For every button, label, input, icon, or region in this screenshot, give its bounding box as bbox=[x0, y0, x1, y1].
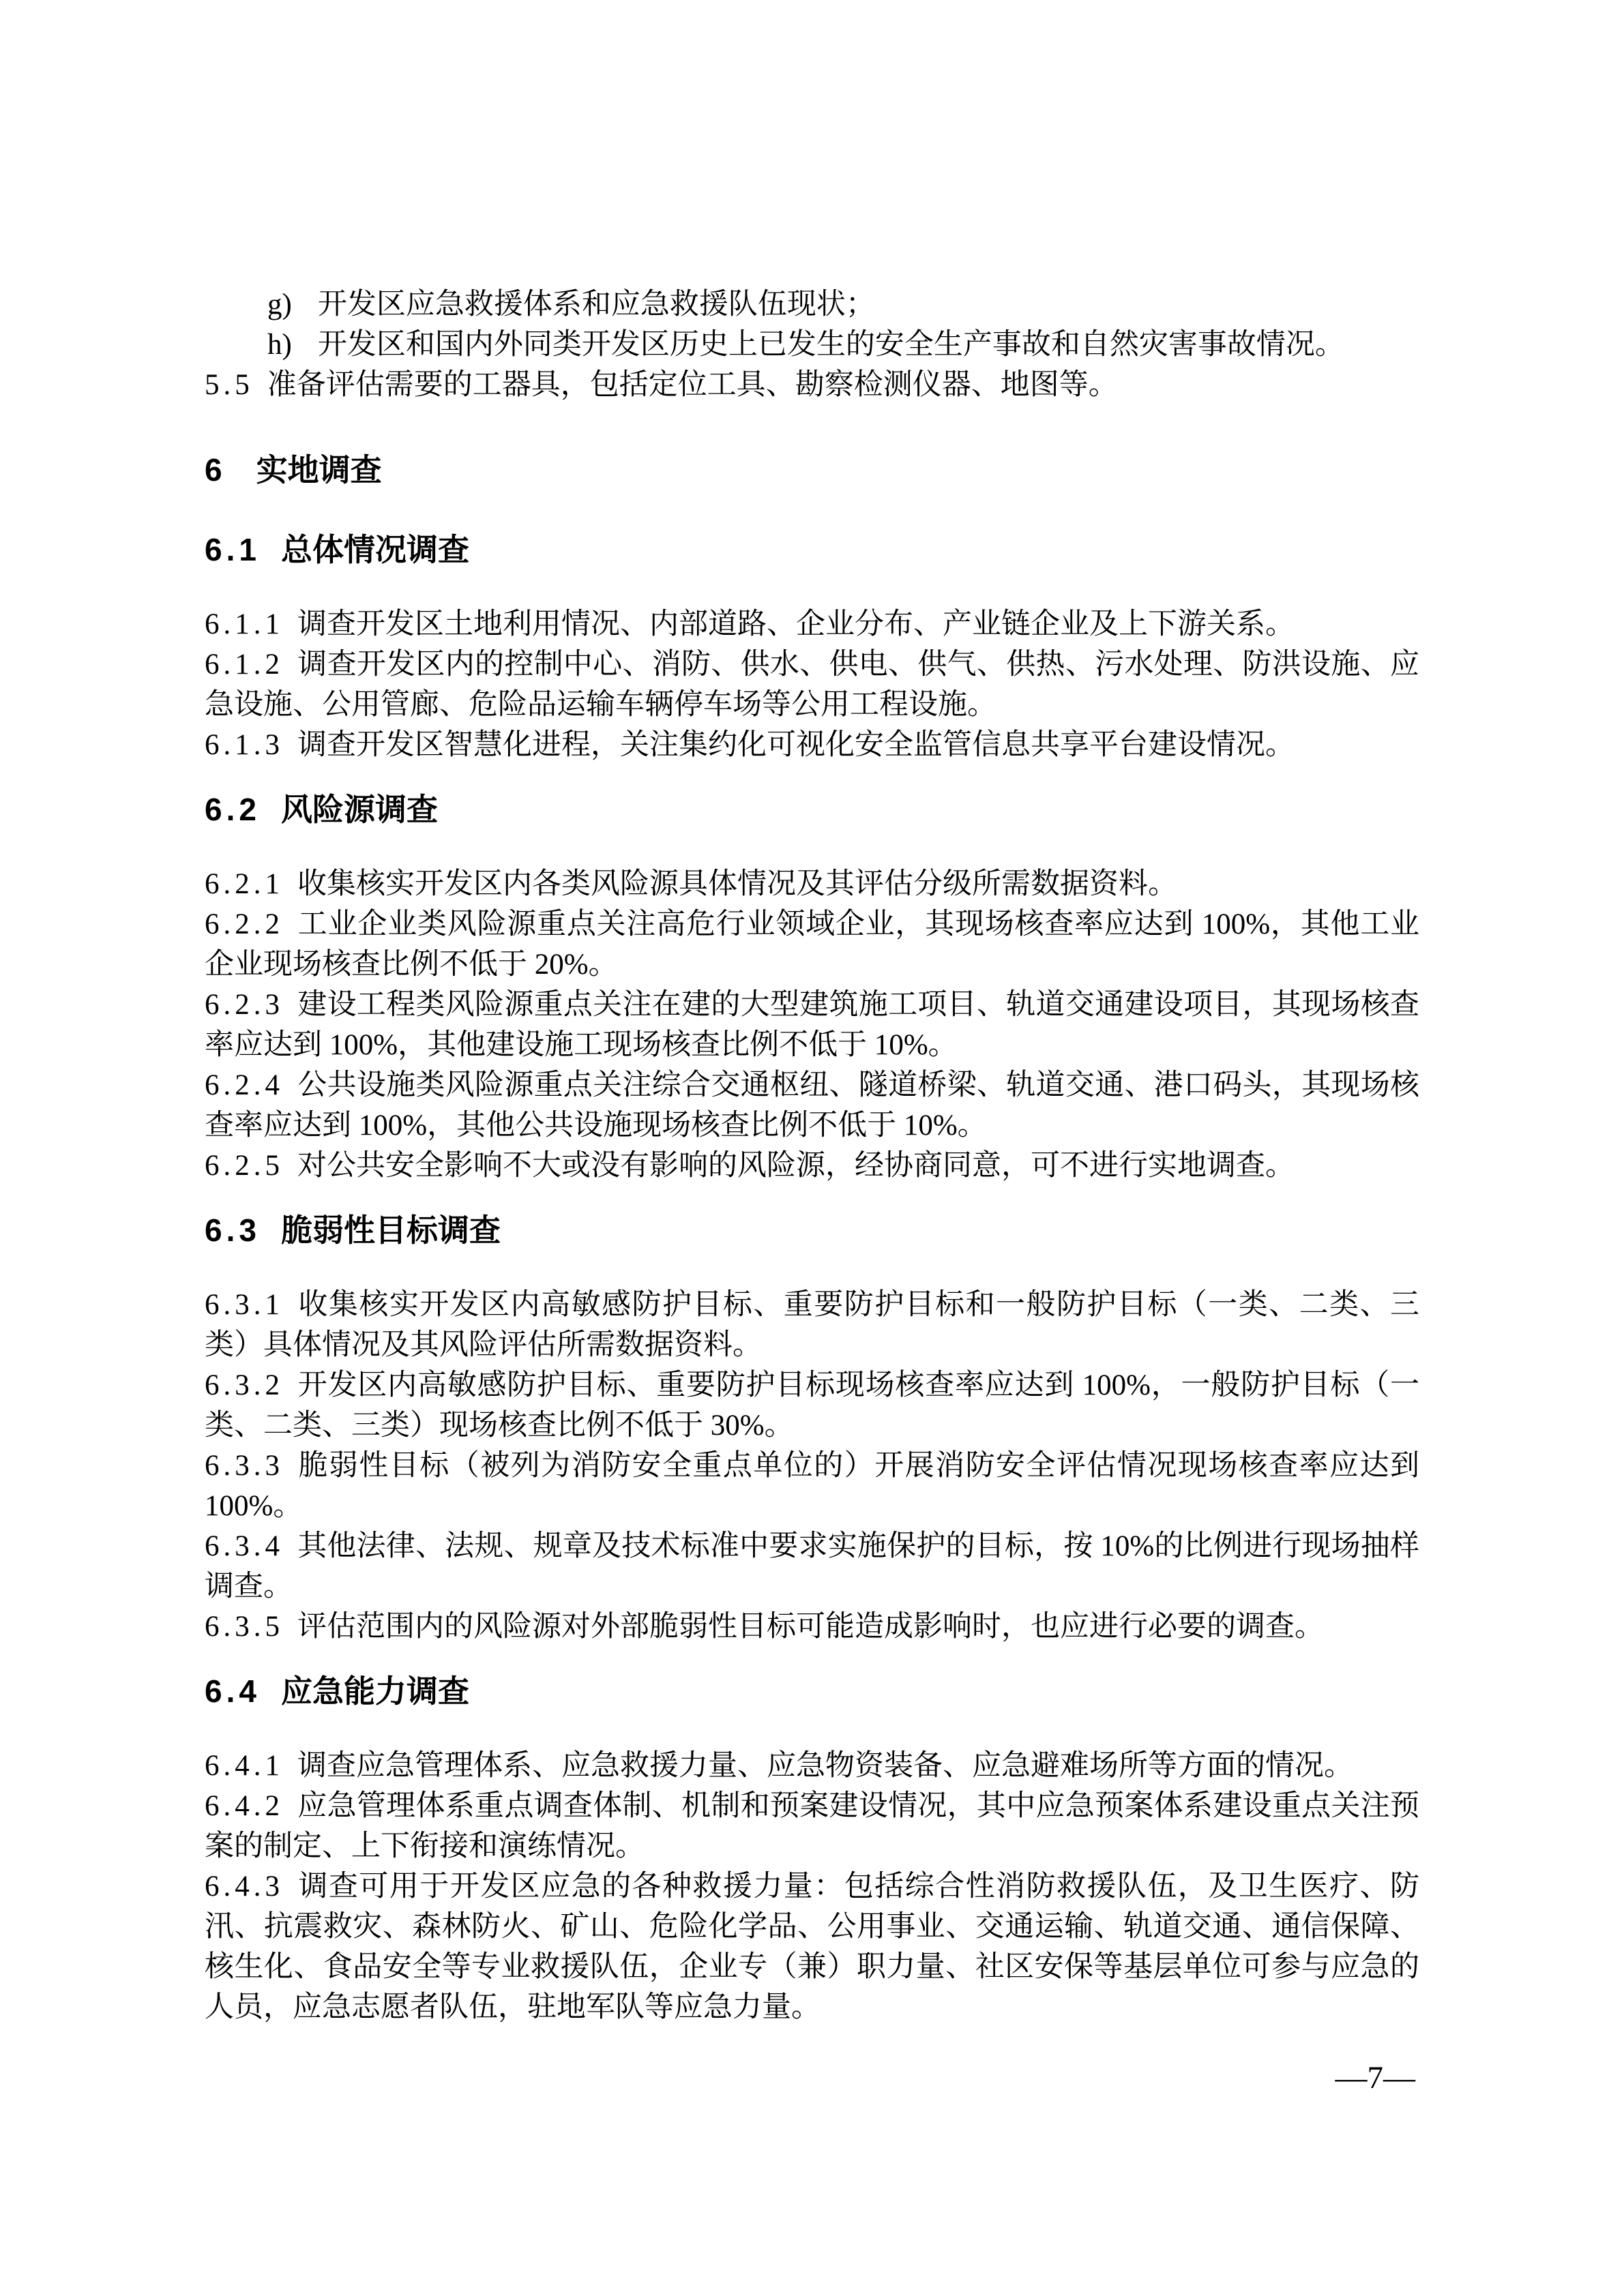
heading-number: 6.1 bbox=[205, 532, 261, 567]
clause-number: 6.1.3 bbox=[205, 729, 284, 761]
document-page: { "page": { "background": "#ffffff", "te… bbox=[0, 0, 1624, 2296]
clause-number: 5.5 bbox=[205, 369, 254, 401]
heading-number: 6 bbox=[205, 452, 226, 488]
list-item-label: h) bbox=[267, 329, 292, 361]
clause-text: 调查开发区内的控制中心、消防、供水、供电、供气、供热、污水处理、防洪设施、应急设… bbox=[205, 648, 1419, 721]
heading-title: 应急能力调查 bbox=[281, 1673, 469, 1709]
clause-number: 6.4.3 bbox=[205, 1870, 284, 1903]
clause-number: 6.2.3 bbox=[205, 989, 284, 1021]
heading-6-1: 6.1总体情况调查 bbox=[205, 530, 1419, 570]
clause-number: 6.1.1 bbox=[205, 608, 284, 640]
clause-6-1-2: 6.1.2调查开发区内的控制中心、消防、供水、供电、供气、供热、污水处理、防洪设… bbox=[205, 644, 1419, 725]
clause-text: 工业企业类风险源重点关注高危行业领域企业，其现场核查率应达到 100%，其他工业… bbox=[205, 908, 1419, 981]
clause-text: 收集核实开发区内高敏感防护目标、重要防护目标和一般防护目标（一类、二类、三类）具… bbox=[205, 1289, 1419, 1361]
heading-6-3: 6.3脆弱性目标调查 bbox=[205, 1210, 1419, 1251]
clause-6-3-4: 6.3.4其他法律、法规、规章及技术标准中要求实施保护的目标，按 10%的比例进… bbox=[205, 1526, 1419, 1607]
list-item-text: 开发区应急救援体系和应急救援队伍现状； bbox=[318, 288, 875, 320]
clause-number: 6.3.1 bbox=[205, 1289, 284, 1321]
heading-6-2: 6.2风险源调查 bbox=[205, 790, 1419, 830]
clause-text: 开发区内高敏感防护目标、重要防护目标现场核查率应达到 100%，一般防护目标（一… bbox=[205, 1369, 1419, 1442]
clause-number: 6.1.2 bbox=[205, 648, 284, 681]
clause-number: 6.3.5 bbox=[205, 1611, 284, 1643]
clause-6-4-3: 6.4.3调查可用于开发区应急的各种救援力量：包括综合性消防救援队伍，及卫生医疗… bbox=[205, 1866, 1419, 2027]
clause-text: 其他法律、法规、规章及技术标准中要求实施保护的目标，按 10%的比例进行现场抽样… bbox=[205, 1530, 1419, 1602]
clause-text: 调查开发区土地利用情况、内部道路、企业分布、产业链企业及上下游关系。 bbox=[297, 608, 1295, 640]
clause-number: 6.2.4 bbox=[205, 1069, 284, 1101]
clause-text: 收集核实开发区内各类风险源具体情况及其评估分级所需数据资料。 bbox=[297, 868, 1177, 900]
clause-6-3-1: 6.3.1收集核实开发区内高敏感防护目标、重要防护目标和一般防护目标（一类、二类… bbox=[205, 1285, 1419, 1365]
clause-text: 脆弱性目标（被列为消防安全重点单位的）开展消防安全评估情况现场核查率应达到 10… bbox=[205, 1450, 1419, 1522]
clause-number: 6.3.2 bbox=[205, 1369, 284, 1401]
list-item-label: g) bbox=[267, 288, 292, 320]
clause-text: 调查可用于开发区应急的各种救援力量：包括综合性消防救援队伍，及卫生医疗、防汛、抗… bbox=[205, 1870, 1419, 2023]
clause-number: 6.3.4 bbox=[205, 1530, 284, 1562]
list-item-g: g)开发区应急救援体系和应急救援队伍现状； bbox=[205, 284, 1419, 325]
heading-number: 6.3 bbox=[205, 1212, 261, 1248]
document-body: g)开发区应急救援体系和应急救援队伍现状； h)开发区和国内外同类开发区历史上已… bbox=[205, 284, 1419, 2027]
clause-number: 6.2.2 bbox=[205, 908, 284, 940]
heading-title: 实地调查 bbox=[256, 452, 382, 488]
clause-5-5: 5.5准备评估需要的工器具，包括定位工具、勘察检测仪器、地图等。 bbox=[205, 365, 1419, 405]
clause-6-2-2: 6.2.2工业企业类风险源重点关注高危行业领域企业，其现场核查率应达到 100%… bbox=[205, 904, 1419, 985]
clause-text: 应急管理体系重点调查体制、机制和预案建设情况，其中应急预案体系建设重点关注预案的… bbox=[205, 1790, 1419, 1862]
page-number: —7— bbox=[1335, 2058, 1416, 2098]
clause-6-3-2: 6.3.2开发区内高敏感防护目标、重要防护目标现场核查率应达到 100%，一般防… bbox=[205, 1365, 1419, 1446]
clause-6-1-1: 6.1.1调查开发区土地利用情况、内部道路、企业分布、产业链企业及上下游关系。 bbox=[205, 604, 1419, 644]
heading-6-4: 6.4应急能力调查 bbox=[205, 1671, 1419, 1712]
list-item-h: h)开发区和国内外同类开发区历史上已发生的安全生产事故和自然灾害事故情况。 bbox=[205, 325, 1419, 365]
clause-text: 调查开发区智慧化进程，关注集约化可视化安全监管信息共享平台建设情况。 bbox=[297, 729, 1295, 761]
clause-number: 6.4.2 bbox=[205, 1790, 284, 1822]
clause-text: 评估范围内的风险源对外部脆弱性目标可能造成影响时，也应进行必要的调查。 bbox=[297, 1611, 1324, 1643]
heading-6: 6实地调查 bbox=[205, 450, 1419, 490]
clause-number: 6.2.1 bbox=[205, 868, 284, 900]
heading-number: 6.4 bbox=[205, 1673, 261, 1709]
clause-text: 公共设施类风险源重点关注综合交通枢纽、隧道桥梁、轨道交通、港口码头，其现场核查率… bbox=[205, 1069, 1419, 1142]
heading-number: 6.2 bbox=[205, 792, 261, 827]
clause-6-1-3: 6.1.3调查开发区智慧化进程，关注集约化可视化安全监管信息共享平台建设情况。 bbox=[205, 725, 1419, 765]
clause-text: 建设工程类风险源重点关注在建的大型建筑施工项目、轨道交通建设项目，其现场核查率应… bbox=[205, 989, 1419, 1061]
clause-6-3-5: 6.3.5评估范围内的风险源对外部脆弱性目标可能造成影响时，也应进行必要的调查。 bbox=[205, 1607, 1419, 1647]
heading-title: 脆弱性目标调查 bbox=[281, 1212, 501, 1248]
clause-text: 调查应急管理体系、应急救援力量、应急物资装备、应急避难场所等方面的情况。 bbox=[297, 1750, 1353, 1782]
clause-6-4-1: 6.4.1调查应急管理体系、应急救援力量、应急物资装备、应急避难场所等方面的情况… bbox=[205, 1746, 1419, 1786]
heading-title: 总体情况调查 bbox=[281, 532, 469, 567]
clause-text: 对公共安全影响不大或没有影响的风险源，经协商同意，可不进行实地调查。 bbox=[297, 1150, 1295, 1182]
clause-number: 6.2.5 bbox=[205, 1150, 284, 1182]
clause-number: 6.4.1 bbox=[205, 1750, 284, 1782]
clause-text: 准备评估需要的工器具，包括定位工具、勘察检测仪器、地图等。 bbox=[267, 369, 1118, 401]
list-item-text: 开发区和国内外同类开发区历史上已发生的安全生产事故和自然灾害事故情况。 bbox=[318, 329, 1344, 361]
clause-6-2-4: 6.2.4公共设施类风险源重点关注综合交通枢纽、隧道桥梁、轨道交通、港口码头，其… bbox=[205, 1065, 1419, 1146]
clause-6-2-5: 6.2.5对公共安全影响不大或没有影响的风险源，经协商同意，可不进行实地调查。 bbox=[205, 1146, 1419, 1186]
heading-title: 风险源调查 bbox=[281, 792, 438, 827]
clause-6-3-3: 6.3.3脆弱性目标（被列为消防安全重点单位的）开展消防安全评估情况现场核查率应… bbox=[205, 1446, 1419, 1526]
clause-6-2-3: 6.2.3建设工程类风险源重点关注在建的大型建筑施工项目、轨道交通建设项目，其现… bbox=[205, 985, 1419, 1065]
clause-6-2-1: 6.2.1收集核实开发区内各类风险源具体情况及其评估分级所需数据资料。 bbox=[205, 864, 1419, 904]
clause-number: 6.3.3 bbox=[205, 1450, 284, 1482]
clause-6-4-2: 6.4.2应急管理体系重点调查体制、机制和预案建设情况，其中应急预案体系建设重点… bbox=[205, 1786, 1419, 1866]
